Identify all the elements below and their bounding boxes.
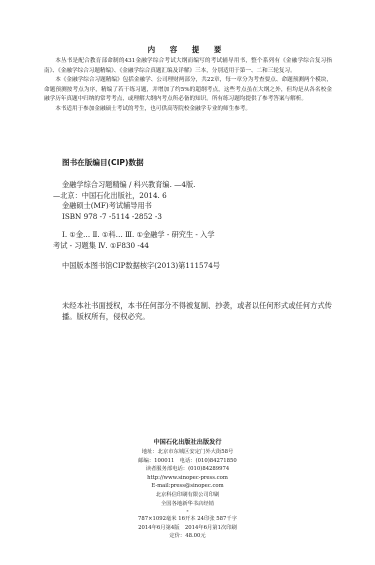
cip-isbn-line: ISBN 978 -7 -5114 -2852 -3 bbox=[62, 212, 322, 223]
edition-info: 2014年6月第4版 2014年6月第1次印刷 bbox=[0, 524, 375, 533]
summary-paragraph: 本书适用于参加金融硕士考试的考生，也可供高等院校金融学专业的师生参考。 bbox=[44, 105, 332, 115]
publisher-website: http://www.sinopec-press.com bbox=[0, 474, 375, 483]
cip-classification-line: 考试 - 习题集 Ⅳ. ①F830 -44 bbox=[53, 241, 322, 252]
cip-data: 金融学综合习题精编 / 科兴教育编. —4版. —北京：中国石化出版社，2014… bbox=[62, 180, 322, 271]
publisher-name: 中国石化出版社出版发行 bbox=[0, 438, 375, 448]
cip-series-line: 金融硕士(MF)考试辅导用书 bbox=[62, 201, 322, 212]
content-summary: 本丛书是配合教育部命制的431金融学综合考试大纲而编写的考试辅导用书，整个系列有… bbox=[44, 57, 332, 115]
publisher-postal-phone: 邮编：100011 电话：(010)84271850 bbox=[0, 457, 375, 466]
summary-paragraph: 本丛书是配合教育部命制的431金融学综合考试大纲而编写的考试辅导用书，整个系列有… bbox=[44, 57, 332, 76]
reader-service-phone: 读者服务部电话：(010)84289974 bbox=[0, 465, 375, 474]
copyright-notice: 未经本社书面授权，本书任何部分不得被复制、抄袭，或者以任何形式或任何方式传播。版… bbox=[62, 300, 332, 322]
publisher-email: E-mail:press@sinopec.com bbox=[0, 482, 375, 491]
cip-verification-line: 中国版本图书馆CIP数据核字(2013)第111574号 bbox=[62, 261, 322, 272]
publisher-address: 地址：北京市东城区安定门外大街58号 bbox=[0, 448, 375, 457]
separator-star: * bbox=[0, 508, 375, 515]
cip-publisher-line: —北京：中国石化出版社，2014. 6 bbox=[53, 191, 322, 202]
printer-info: 北京科信印刷有限公司印刷 bbox=[0, 491, 375, 500]
summary-paragraph: 本《金融学综合习题精编》包括金融学、公司理财两部分，共22章，每一章分为考查要点… bbox=[44, 76, 332, 105]
distributor-info: 全国各地新华书店经销 bbox=[0, 500, 375, 509]
cip-heading: 图书在版编目(CIP)数据 bbox=[62, 157, 144, 168]
cip-classification-line: Ⅰ. ①金… Ⅱ. ①科… Ⅲ. ①金融学 - 研究生 - 入学 bbox=[62, 230, 322, 241]
book-price: 定价：48.00元 bbox=[0, 532, 375, 541]
book-format: 787×1092毫米 16开本 24印张 587千字 bbox=[0, 515, 375, 524]
publisher-info: 中国石化出版社出版发行 地址：北京市东城区安定门外大街58号 邮编：100011… bbox=[0, 438, 375, 541]
cip-title-line: 金融学综合习题精编 / 科兴教育编. —4版. bbox=[62, 180, 322, 191]
copyright-page: 内 容 提 要 本丛书是配合教育部命制的431金融学综合考试大纲而编写的考试辅导… bbox=[0, 0, 375, 565]
summary-title: 内 容 提 要 bbox=[0, 44, 375, 55]
